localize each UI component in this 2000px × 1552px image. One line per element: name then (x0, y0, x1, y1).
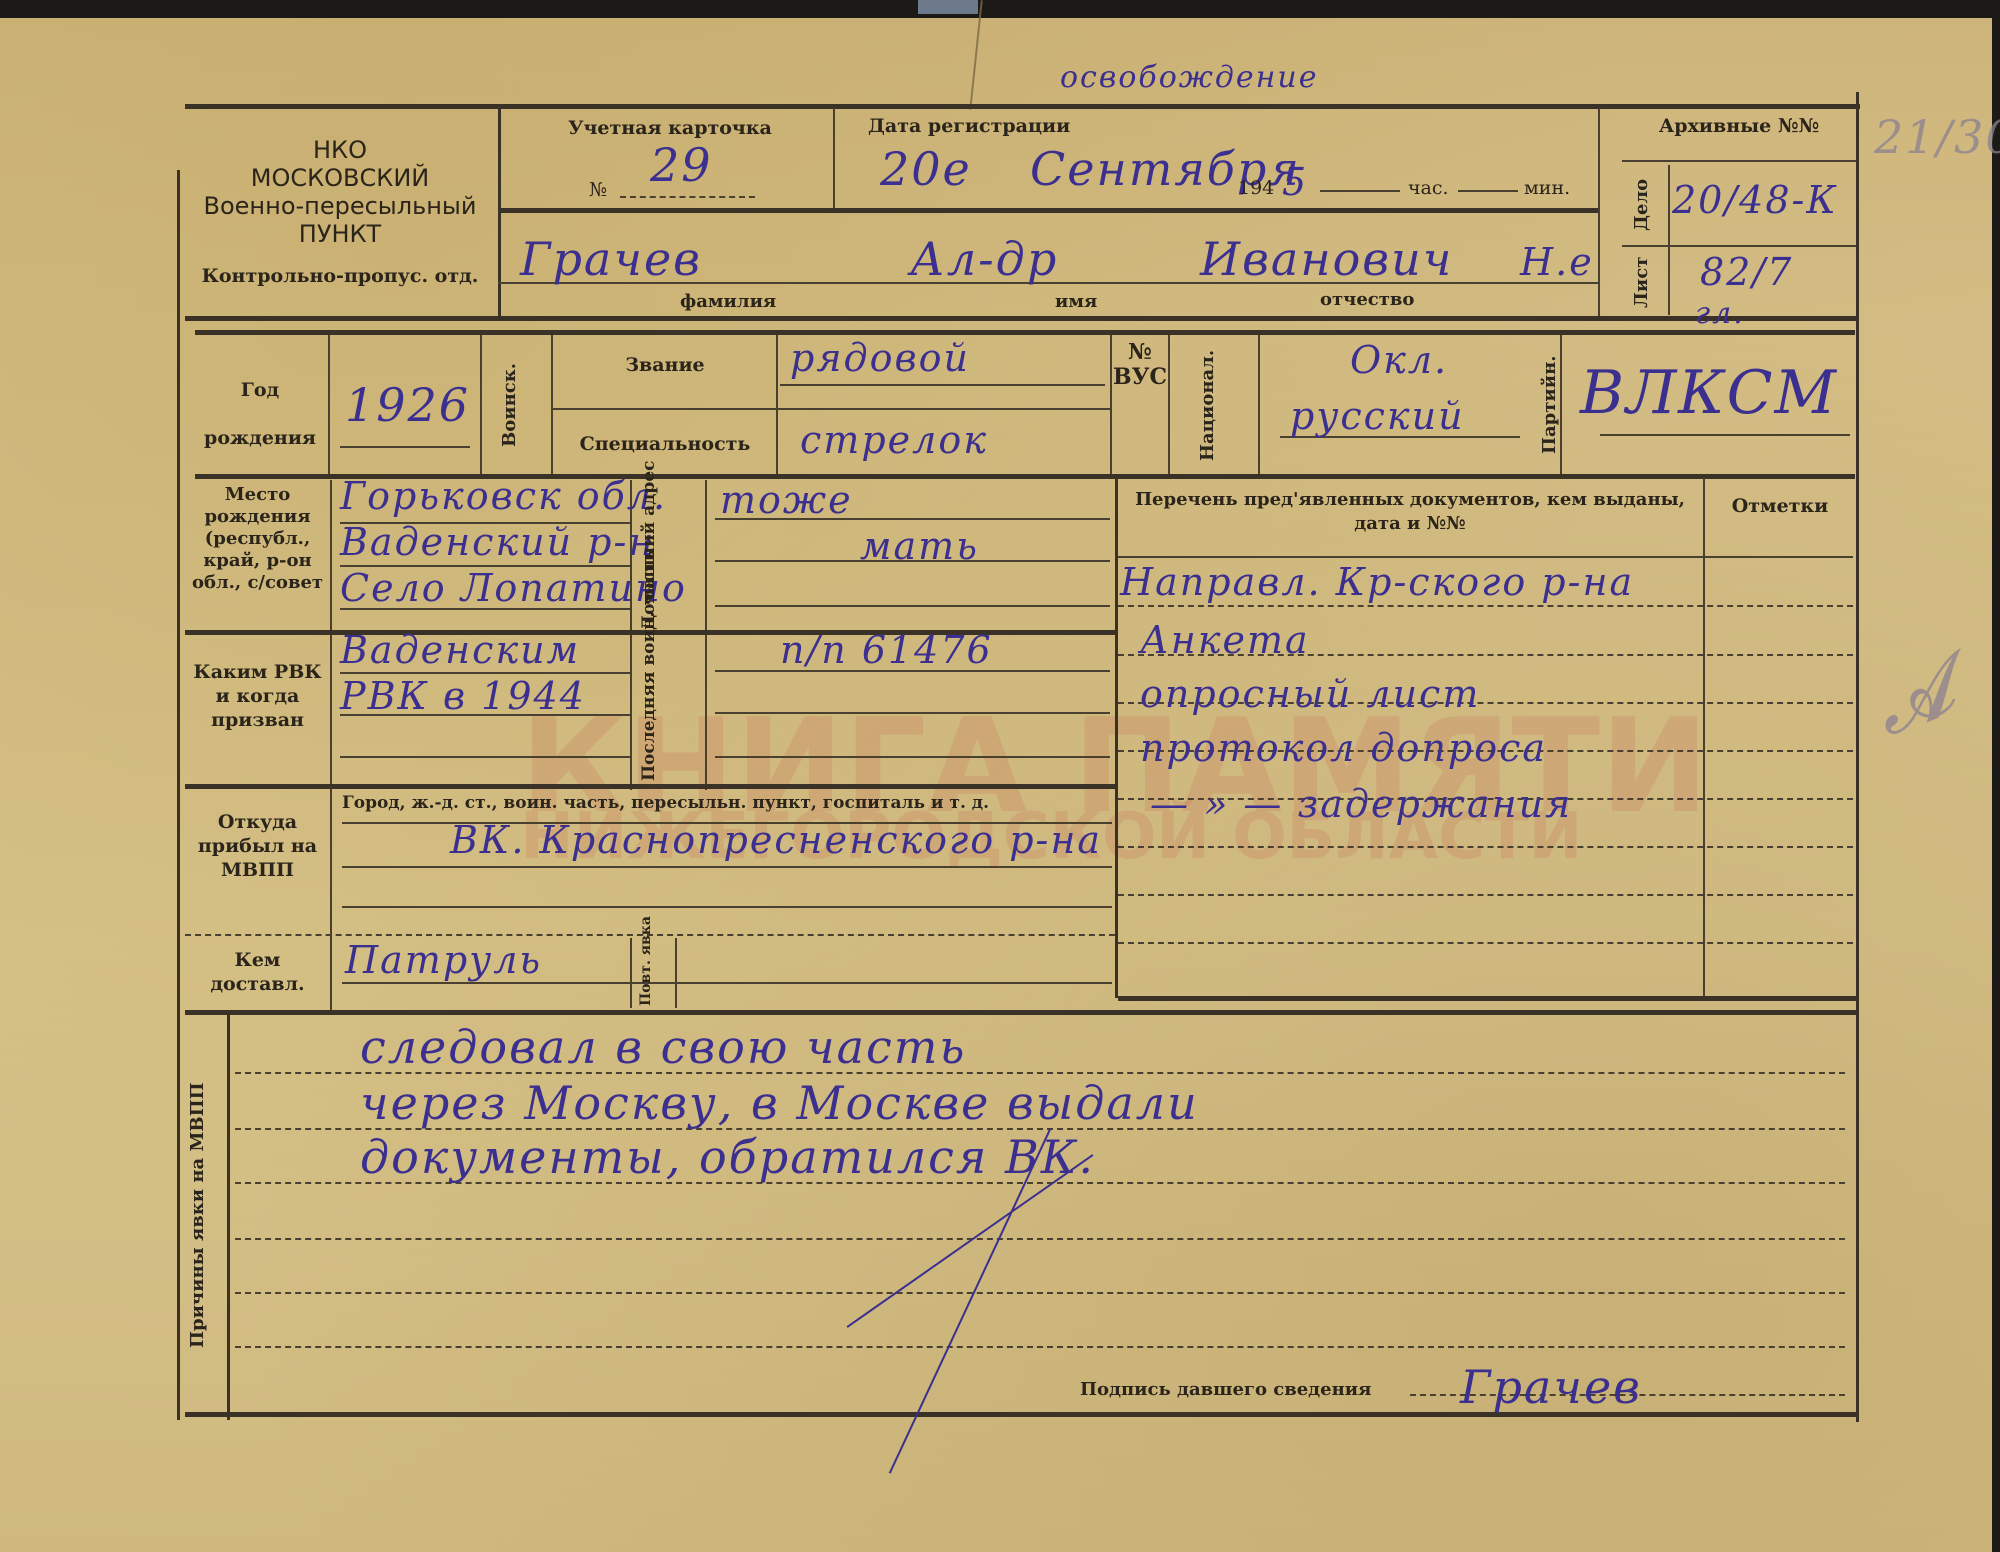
rule (342, 982, 1112, 984)
reg-date-label: Дата регистрации (868, 116, 1070, 138)
vus-label: № ВУС (1112, 340, 1168, 391)
arrival-hint: Город, ж.-д. ст., воин. часть, пересыльн… (342, 794, 1112, 814)
nation-line2: русский (1290, 394, 1465, 438)
rule (1320, 190, 1400, 192)
document-line-3: опросный лист (1140, 672, 1480, 716)
last-unit-value: п/п 61476 (780, 628, 993, 672)
rvk-line-1: Ваденским (340, 628, 580, 672)
rule (620, 196, 755, 198)
rule (715, 712, 1110, 714)
rule (715, 756, 1110, 758)
signature-label: Подпись давшего сведения (1080, 1380, 1371, 1401)
card-number: 29 (650, 138, 713, 192)
rule (498, 208, 1598, 213)
rule-left (177, 170, 180, 1420)
name-label: имя (1055, 292, 1097, 313)
rule (330, 480, 332, 790)
arrival-value: ВК. Краснопресненского р-на (450, 818, 1102, 862)
party-note: гл. (1695, 296, 1745, 331)
rule (1668, 165, 1670, 315)
spec-label: Специальность (560, 434, 770, 456)
birthplace-label: Место рождения (республ., край, р-он обл… (185, 484, 330, 594)
patronymic-label: отчество (1320, 290, 1414, 311)
nation-line1: Окл. (1350, 338, 1448, 382)
rule (480, 335, 482, 475)
rule (1118, 556, 1853, 558)
rule (195, 330, 1855, 335)
org-header: НКО МОСКОВСКИЙ Военно-пересыльный ПУНКТ (190, 136, 490, 248)
org-moscow: МОСКОВСКИЙ (190, 164, 490, 192)
card-no-label: № (578, 180, 618, 202)
rule (1622, 160, 1856, 162)
org-nko: НКО (190, 136, 490, 164)
rule (705, 480, 707, 790)
hour-label: час. (1408, 178, 1449, 200)
voinsk-label: Воинск. (500, 340, 521, 470)
rule (1118, 846, 1853, 848)
home-address-line-1: тоже (720, 478, 853, 522)
rule (328, 335, 330, 475)
delo-label: Дело (1632, 168, 1653, 242)
rank-label: Звание (560, 355, 770, 377)
rule (1118, 894, 1853, 896)
reasons-label: Причины явки на МВПП (188, 1020, 209, 1410)
arrival-label: Откуда прибыл на МВПП (185, 810, 330, 882)
rule (551, 408, 1111, 410)
birth-year-value: 1926 (345, 378, 470, 432)
last-unit-label: Последняя воин. часть (640, 636, 660, 781)
extra-mark: Н.е (1520, 240, 1594, 284)
delivered-label: Кем доставл. (185, 948, 330, 996)
rule (330, 788, 332, 1013)
org-department: Контрольно-пропус. отд. (190, 266, 490, 288)
list-value: 82/7 (1700, 250, 1793, 294)
scan-edge-tab (918, 0, 978, 14)
rule (227, 1015, 230, 1420)
rank-value: рядовой (790, 336, 970, 380)
reg-year-digit: 5 (1282, 160, 1308, 204)
reg-date-day: 20е (880, 142, 972, 196)
home-address-line-2: мать (860, 524, 979, 568)
rule (235, 1346, 1845, 1348)
reg-year-prefix: 194 (1238, 178, 1274, 200)
birth-year-label: Год рождения (195, 366, 325, 462)
marks-header: Отметки (1705, 496, 1855, 518)
rule (342, 866, 1112, 868)
rule (340, 756, 630, 758)
delivered-value: Патруль (345, 938, 542, 982)
repeat-visit-label: Повт. явка (638, 942, 654, 1006)
party-label: Партийн. (1540, 340, 1561, 470)
rule (185, 1010, 1856, 1015)
reason-line-3: документы, обратился ВК. (360, 1130, 1095, 1184)
rvk-label: Каким РВК и когда призван (185, 660, 330, 732)
org-transit: Военно-пересыльный (190, 192, 490, 220)
patronymic-value: Иванович (1200, 232, 1453, 286)
spec-value: стрелок (800, 418, 988, 462)
rule (1598, 108, 1600, 318)
first-name-value: Ал-др (910, 232, 1058, 286)
surname-value: Грачев (520, 232, 702, 286)
rule (1622, 245, 1856, 247)
rule (1118, 996, 1856, 1001)
rule (235, 1292, 1845, 1294)
list-label: Лист (1632, 250, 1653, 314)
reason-line-1: следовал в свою часть (360, 1020, 966, 1074)
rule (1600, 434, 1850, 436)
rule (185, 316, 1856, 321)
rule (235, 1238, 1845, 1240)
org-point: ПУНКТ (190, 220, 490, 248)
signature-value: Грачев (1460, 1360, 1642, 1414)
document-line-2: Анкета (1140, 618, 1310, 662)
rule (776, 335, 778, 475)
min-label: мин. (1524, 178, 1570, 200)
top-note: освобождение (1060, 60, 1318, 95)
rule (780, 384, 1105, 386)
rule (715, 605, 1110, 607)
rvk-line-2: РВК в 1944 (340, 674, 586, 718)
rule (675, 938, 677, 1008)
birthplace-line-1: Горьковск обл. (340, 474, 667, 518)
nation-label: Национал. (1198, 340, 1219, 470)
documents-header: Перечень пред'явленных документов, кем в… (1130, 488, 1690, 536)
rule (1458, 190, 1518, 192)
birthplace-line-3: Село Лопатино (340, 566, 687, 610)
document-line-1: Направл. Кр-ского р-на (1120, 560, 1634, 604)
rule (342, 906, 1112, 908)
document-line-4: протокол допроса (1140, 726, 1547, 770)
corner-pencil-number: 21/30 (1874, 110, 2000, 164)
rule (498, 108, 501, 320)
delo-value: 20/48-К (1672, 178, 1838, 222)
rule (833, 108, 835, 208)
rule (630, 938, 632, 1008)
rule (185, 784, 1115, 789)
rule (1258, 335, 1260, 475)
rule (551, 335, 553, 475)
rule-right (1856, 92, 1859, 1422)
rule (340, 446, 470, 448)
rule (1118, 942, 1853, 944)
birthplace-line-2: Ваденский р-н (340, 520, 655, 564)
rule (1118, 605, 1853, 607)
rule-top (185, 104, 1860, 109)
surname-label: фамилия (680, 292, 776, 313)
rule (1168, 335, 1170, 475)
archive-label: Архивные №№ (1622, 116, 1856, 138)
party-value: ВЛКСМ (1580, 358, 1838, 428)
card-title: Учетная карточка (540, 118, 800, 140)
reason-line-2: через Москву, в Москве выдали (360, 1076, 1199, 1130)
document-line-5: — » — задержания (1150, 782, 1572, 826)
